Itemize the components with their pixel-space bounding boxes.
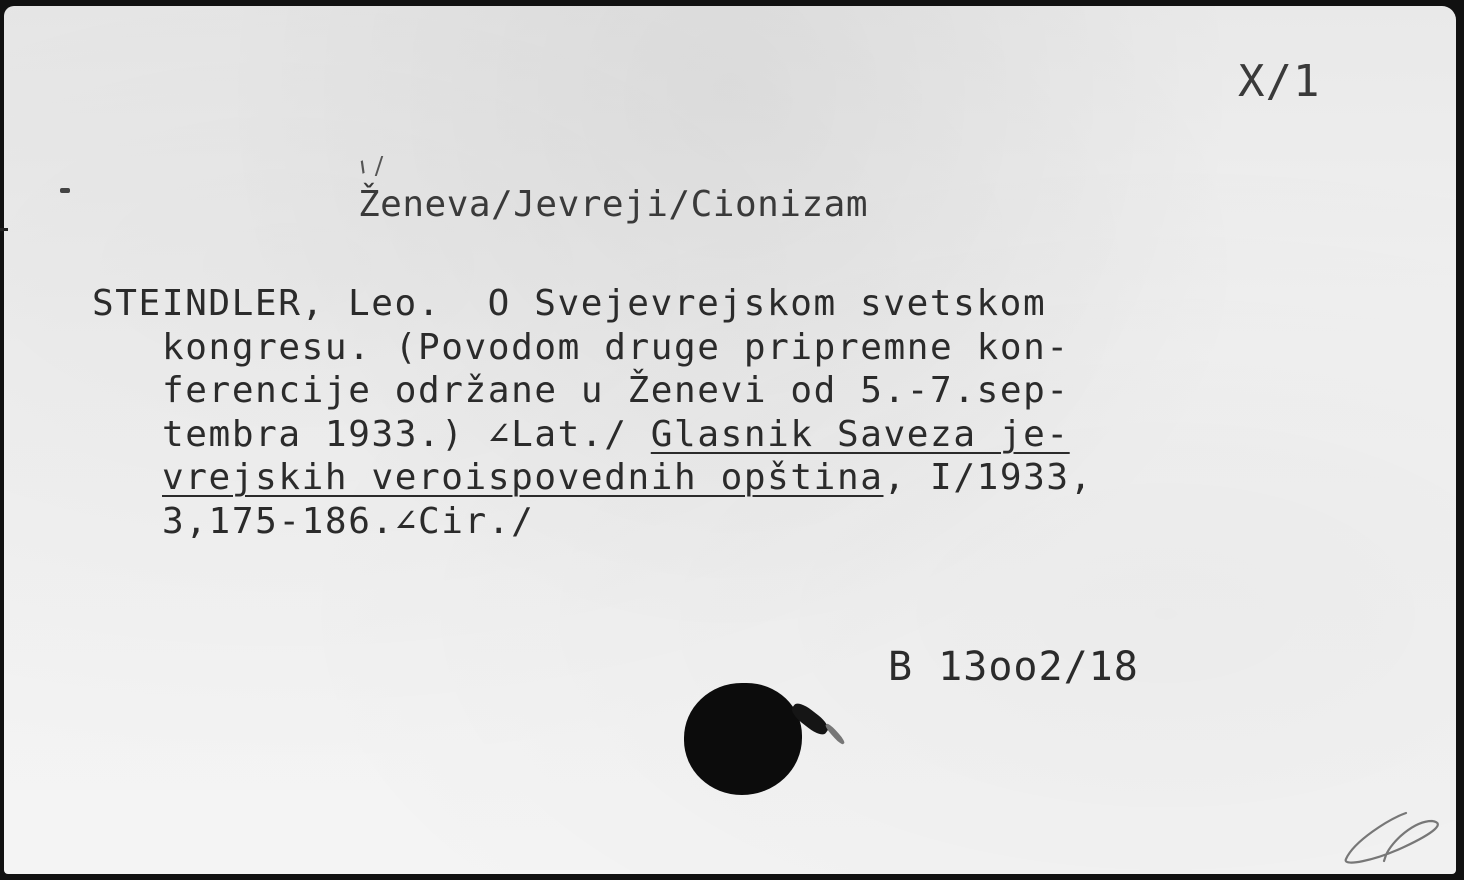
punch-hole [684,683,802,795]
punch-hole-tear-edge [824,722,846,745]
card-number: X/1 [1238,56,1320,107]
entry-line-5-plain: , I/1933, [884,457,1093,498]
check-mark-icon [365,156,383,176]
call-number: B 13oo2/18 [888,644,1139,690]
entry-line-4-plain: tembra 1933.) ∠Lat./ [162,414,651,455]
entry-line-3: ferencije održane u Ženevi od 5.-7.sep- [92,369,1093,413]
subject-heading: Ženeva/Jevreji/Cionizam [358,184,868,225]
entry-line-1: STEINDLER, Leo. O Svejevrejskom svetskom [92,282,1093,326]
journal-title-part-1: Glasnik Saveza je- [651,414,1070,455]
entry-line-2: kongresu. (Povodom druge pripremne kon- [92,326,1093,370]
bibliographic-entry: STEINDLER, Leo. O Svejevrejskom svetskom… [92,282,1093,543]
scan-edge-mark [0,228,8,231]
catalog-card: X/1 Ženeva/Jevreji/Cionizam STEINDLER, L… [4,6,1456,874]
entry-line-5: vrejskih veroispovednih opština, I/1933, [92,456,1093,500]
handwritten-initials-icon [1334,801,1454,871]
journal-title-part-2: vrejskih veroispovednih opština [162,457,884,498]
entry-line-6: 3,175-186.∠Cir./ [92,500,1093,544]
pencil-mark [60,188,70,193]
entry-line-4: tembra 1933.) ∠Lat./ Glasnik Saveza je- [92,413,1093,457]
